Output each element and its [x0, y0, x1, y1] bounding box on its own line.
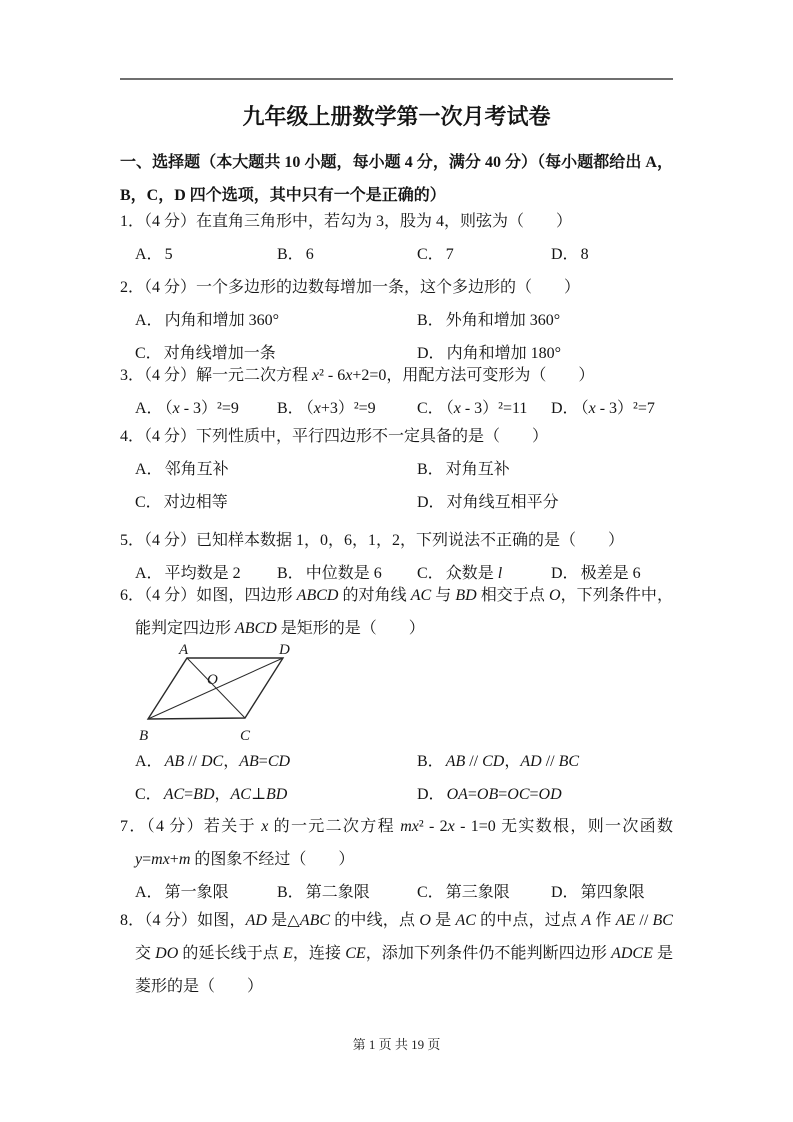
parallelogram-diagram: A D B C O — [135, 641, 320, 746]
center-label-o: O — [207, 672, 218, 688]
option-b: B．外角和增加 360° — [417, 304, 673, 337]
question-3-stem: 3．（4 分）解一元二次方程 x² - 6x+2=0，用配方法可变形为（ ） — [120, 359, 673, 392]
question-8-stem: 8．（4 分）如图，AD 是△ABC 的中线，点 O 是 AC 的中点，过点 A… — [120, 904, 673, 1003]
question-1: 1．（4 分）在直角三角形中，若勾为 3，股为 4，则弦为（ ） A．5 B．6… — [120, 205, 673, 271]
option-a: A．5 — [135, 238, 277, 271]
option-c: C．7 — [417, 238, 551, 271]
question-2-stem: 2．（4 分）一个多边形的边数每增加一条，这个多边形的（ ） — [120, 271, 673, 304]
question-1-stem: 1．（4 分）在直角三角形中，若勾为 3，股为 4，则弦为（ ） — [120, 205, 673, 238]
page-title: 九年级上册数学第一次月考试卷 — [120, 101, 673, 133]
option-a: A．邻角互补 — [135, 453, 417, 486]
question-4-stem: 4．（4 分）下列性质中，平行四边形不一定具备的是（ ） — [120, 420, 673, 453]
question-5-stem: 5．（4 分）已知样本数据 1，0，6，1，2，下列说法不正确的是（ ） — [120, 524, 673, 557]
option-b: B．AB // CD，AD // BC — [417, 745, 673, 778]
header-rule — [120, 78, 673, 80]
question-7-stem: 7．（4 分）若关于 x 的一元二次方程 mx² - 2x - 1=0 无实数根… — [120, 810, 673, 876]
question-4: 4．（4 分）下列性质中，平行四边形不一定具备的是（ ） A．邻角互补 B．对角… — [120, 420, 673, 519]
option-c: C．对边相等 — [135, 486, 417, 519]
option-d: D．对角线互相平分 — [417, 486, 673, 519]
question-6-stem: 6．（4 分）如图，四边形 ABCD 的对角线 AC 与 BD 相交于点 O，下… — [120, 579, 673, 645]
section-heading: 一、选择题（本大题共 10 小题，每小题 4 分，满分 40 分）（每小题都给出… — [120, 146, 673, 212]
option-c: C．AC=BD，AC⊥BD — [135, 778, 417, 811]
vertex-label-a: A — [178, 642, 189, 658]
vertex-label-d: D — [278, 642, 290, 658]
question-1-options: A．5 B．6 C．7 D．8 — [120, 238, 673, 271]
vertex-label-c: C — [240, 728, 251, 744]
option-d: D．8 — [551, 238, 673, 271]
question-6: 6．（4 分）如图，四边形 ABCD 的对角线 AC 与 BD 相交于点 O，下… — [120, 579, 673, 811]
option-a: A．内角和增加 360° — [135, 304, 417, 337]
page-number: 第 1 页 共 19 页 — [0, 1036, 793, 1054]
option-b: B．6 — [277, 238, 417, 271]
question-3: 3．（4 分）解一元二次方程 x² - 6x+2=0，用配方法可变形为（ ） A… — [120, 359, 673, 425]
question-6-options: A．AB // DC，AB=CD B．AB // CD，AD // BC C．A… — [120, 745, 673, 811]
question-4-options: A．邻角互补 B．对角互补 C．对边相等 D．对角线互相平分 — [120, 453, 673, 519]
exam-page: 九年级上册数学第一次月考试卷 一、选择题（本大题共 10 小题，每小题 4 分，… — [0, 0, 793, 1122]
option-d: D．OA=OB=OC=OD — [417, 778, 673, 811]
option-b: B．对角互补 — [417, 453, 673, 486]
option-a: A．AB // DC，AB=CD — [135, 745, 417, 778]
question-6-figure: A D B C O — [120, 645, 673, 745]
question-7: 7．（4 分）若关于 x 的一元二次方程 mx² - 2x - 1=0 无实数根… — [120, 810, 673, 909]
vertex-label-b: B — [139, 728, 148, 744]
question-2: 2．（4 分）一个多边形的边数每增加一条，这个多边形的（ ） A．内角和增加 3… — [120, 271, 673, 370]
question-8: 8．（4 分）如图，AD 是△ABC 的中线，点 O 是 AC 的中点，过点 A… — [120, 904, 673, 1003]
